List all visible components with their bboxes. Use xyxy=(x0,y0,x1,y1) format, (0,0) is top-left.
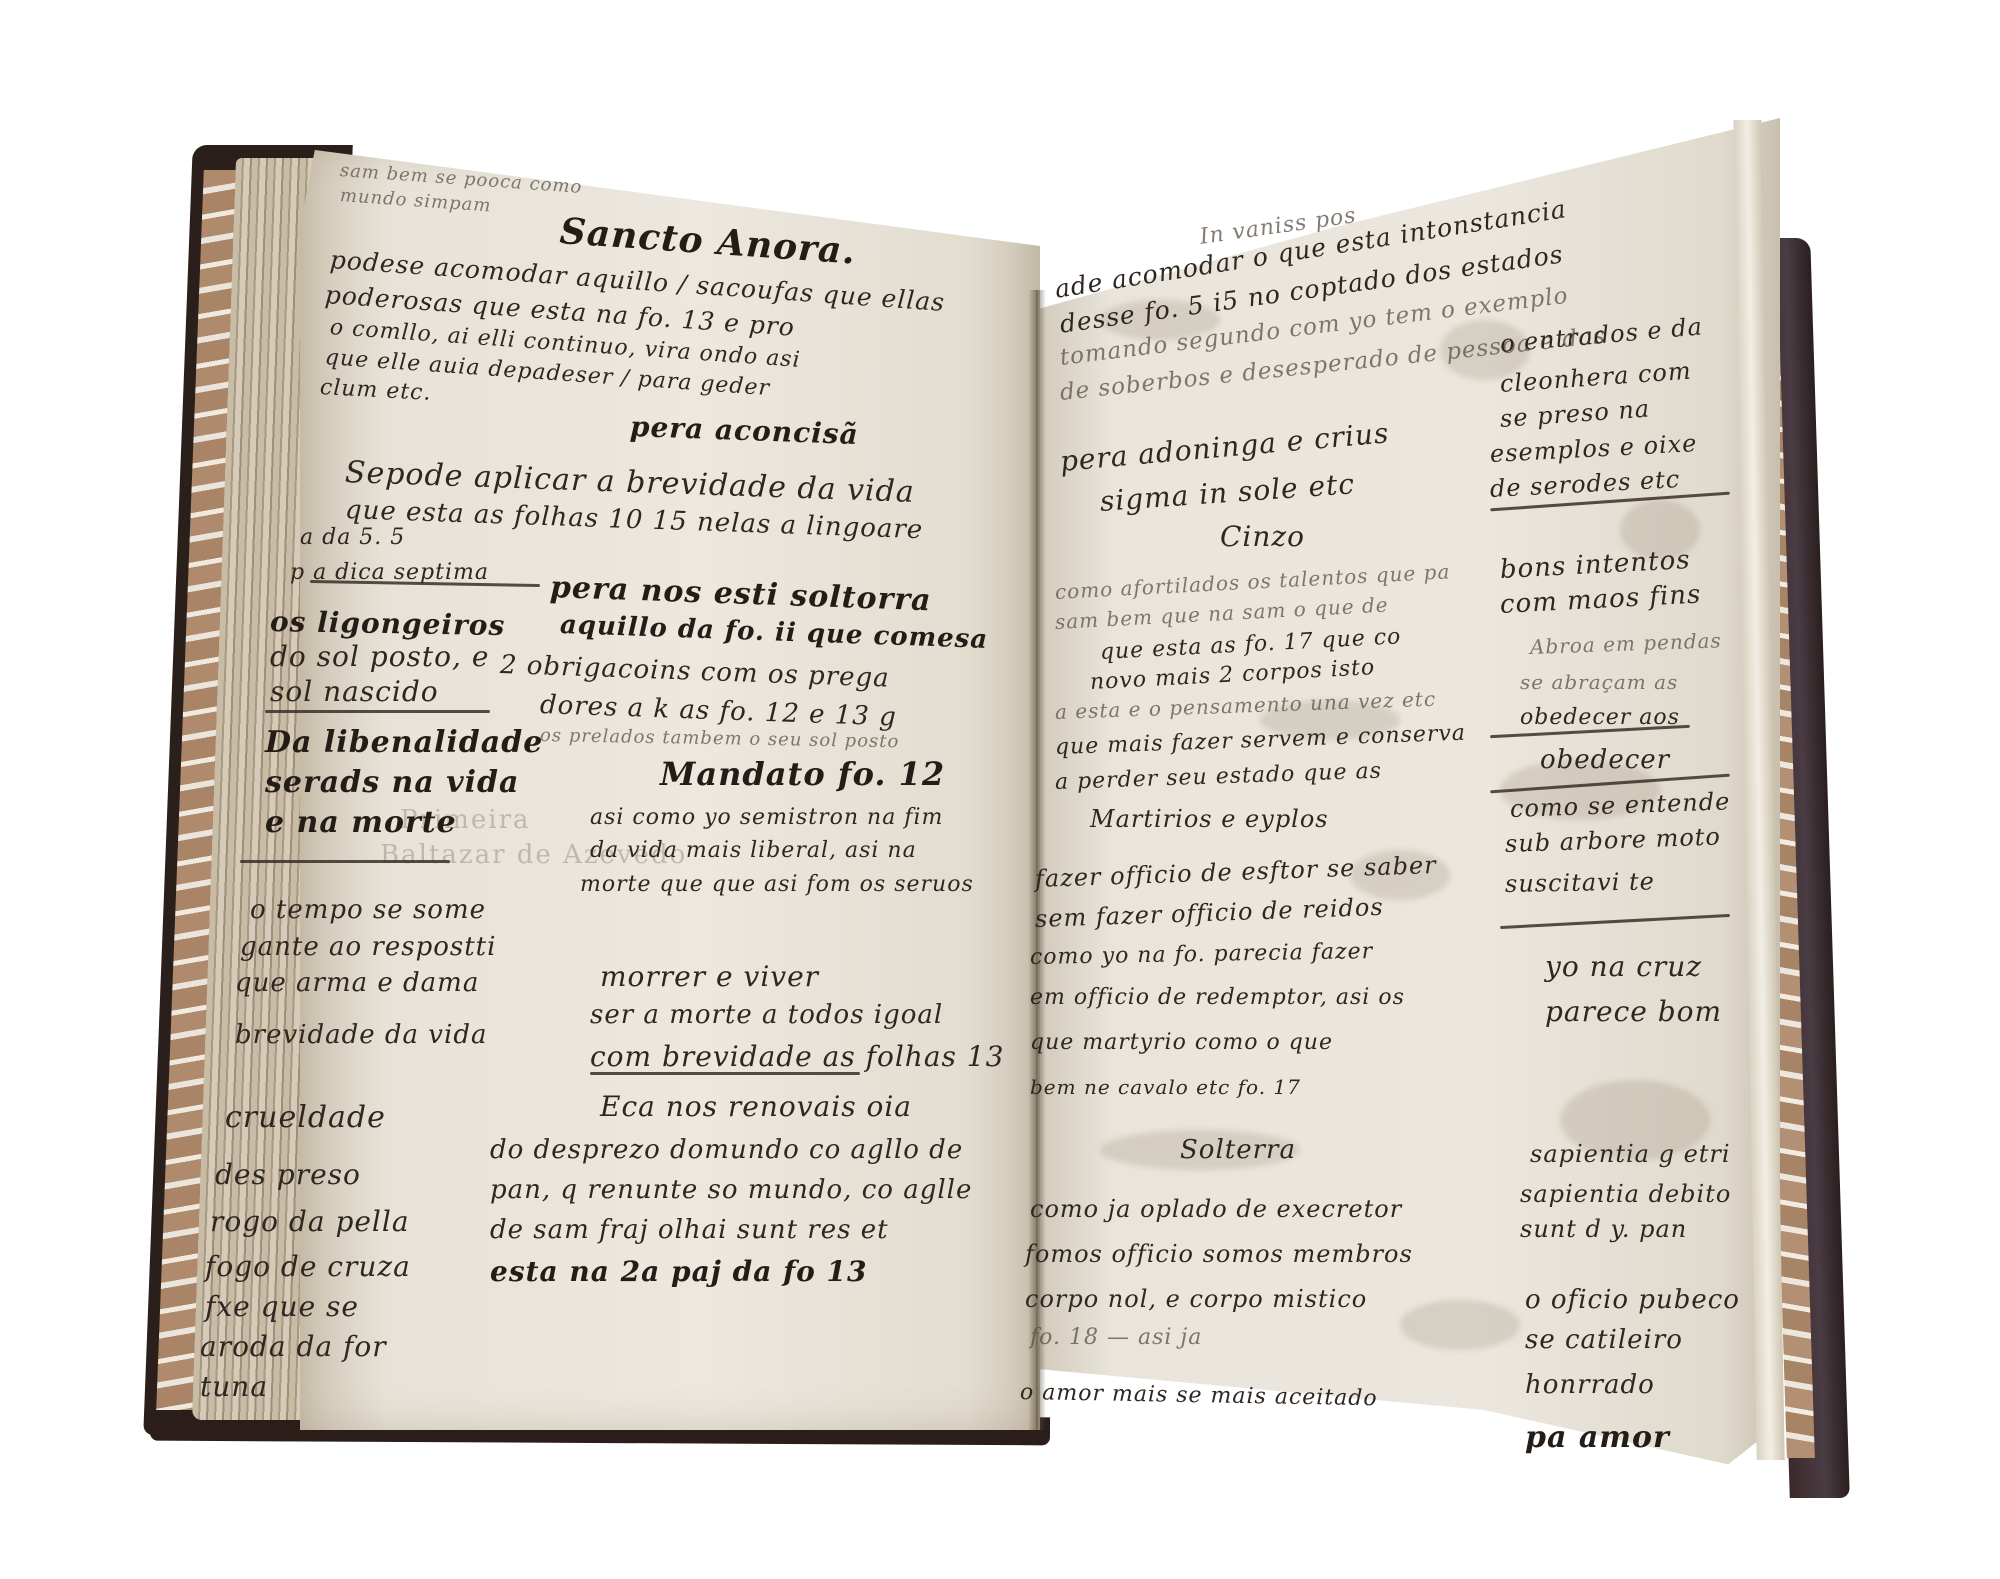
margin-note: rogo da pella xyxy=(210,1205,410,1238)
handwritten-heading: Mandato fo. 12 xyxy=(660,755,945,793)
margin-note: tuna xyxy=(200,1370,268,1403)
margin-note: os ligongeiros xyxy=(270,605,506,642)
handwritten-line: pa amor xyxy=(1525,1420,1670,1455)
margin-note: o tempo se some xyxy=(250,895,486,925)
margin-note: brevidade da vida xyxy=(235,1020,487,1050)
margin-note: sol nascido xyxy=(270,675,439,708)
water-stain xyxy=(1400,1300,1520,1350)
margin-note: gante ao respostti xyxy=(240,932,496,962)
handwritten-line: parece bom xyxy=(1545,995,1722,1028)
handwritten-line: sunt d y. pan xyxy=(1520,1215,1687,1243)
handwritten-line: honrrado xyxy=(1525,1370,1655,1400)
margin-note: Da libenalidade xyxy=(265,725,543,760)
handwritten-line: sapientia g etri xyxy=(1530,1140,1731,1168)
handwritten-line: se abraçam as xyxy=(1520,670,1678,694)
underline-rule xyxy=(240,860,450,863)
handwritten-line: a da 5. 5 xyxy=(300,525,405,550)
handwritten-line: do desprezo domundo co agllo de xyxy=(490,1135,963,1165)
margin-note: crueldade xyxy=(225,1100,386,1135)
handwritten-line: ser a morte a todos igoal xyxy=(590,1000,943,1030)
handwritten-line: Eca nos renovais oia xyxy=(600,1090,912,1123)
handwritten-heading: Cinzo xyxy=(1220,520,1305,553)
handwritten-line: yo na cruz xyxy=(1545,950,1702,983)
handwritten-line: morrer e viver xyxy=(600,960,819,993)
handwritten-line: fo. 18 — asi ja xyxy=(1030,1325,1202,1350)
handwritten-line: que martyrio como o que xyxy=(1030,1030,1333,1055)
handwritten-line: em officio de redemptor, asi os xyxy=(1030,985,1405,1010)
handwritten-heading: Martirios e eyplos xyxy=(1090,805,1329,833)
margin-note: e na morte xyxy=(265,805,457,840)
handwritten-line: da vida mais liberal, asi na xyxy=(590,838,917,863)
handwritten-heading: obedecer xyxy=(1540,745,1670,775)
handwritten-line: corpo nol, e corpo mistico xyxy=(1025,1285,1367,1313)
handwritten-line: de sam fraj olhai sunt res et xyxy=(490,1215,889,1245)
handwritten-heading: Solterra xyxy=(1180,1135,1296,1165)
manuscript-photo: Primeira Baltazar de Azevedo sam bem se … xyxy=(0,0,2000,1579)
handwritten-line: fomos officio somos membros xyxy=(1025,1240,1413,1268)
handwritten-line: pan, q renunte so mundo, co aglle xyxy=(490,1175,972,1205)
handwritten-line: sapientia debito xyxy=(1520,1180,1731,1208)
margin-note: fxe que se xyxy=(205,1290,359,1323)
handwritten-line: se catileiro xyxy=(1525,1325,1683,1355)
handwritten-line: o oficio pubeco xyxy=(1525,1285,1740,1315)
margin-note: fogo de cruza xyxy=(205,1250,411,1283)
handwritten-line: bem ne cavalo etc fo. 17 xyxy=(1030,1075,1301,1099)
handwritten-line: morte que que asi fom os seruos xyxy=(580,872,974,897)
underline-rule xyxy=(265,710,490,713)
margin-note: des preso xyxy=(215,1158,361,1191)
handwritten-line: o amor mais se mais aceitado xyxy=(1020,1380,1378,1411)
handwritten-line: com brevidade as folhas 13 xyxy=(590,1040,1004,1073)
underline-rule xyxy=(590,1072,860,1075)
handwritten-line: como ja oplado de execretor xyxy=(1030,1195,1402,1223)
margin-note: que arma e dama xyxy=(235,968,479,998)
handwritten-line: asi como yo semistron na fim xyxy=(590,805,943,830)
margin-note: do sol posto, e xyxy=(270,640,489,673)
margin-note: serads na vida xyxy=(265,765,519,800)
handwritten-line: suscitavi te xyxy=(1505,867,1655,898)
margin-note: aroda da for xyxy=(200,1330,387,1363)
handwritten-line: esta na 2a paj da fo 13 xyxy=(490,1255,868,1288)
